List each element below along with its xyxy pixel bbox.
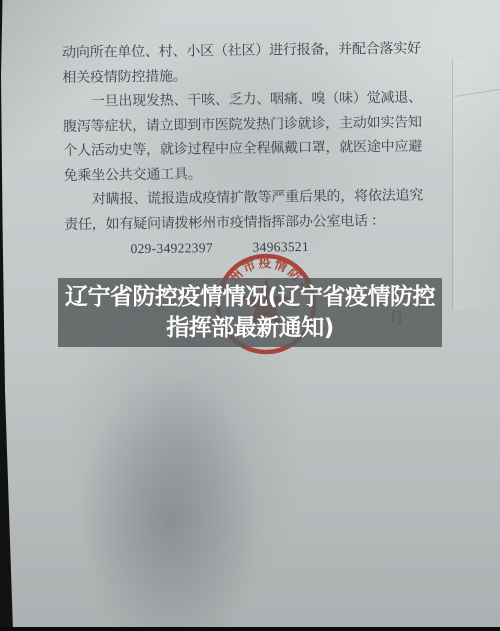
document-line: 个人活动史等，就诊过程中应全程佩戴口罩，就医途中应避: [63, 135, 443, 164]
document-line: 动向所在单位、村、小区（社区）进行报备，并配合落实好: [62, 37, 442, 66]
headline-overlay-banner: 辽宁省防控疫情情况(辽宁省疫情防控 指挥部最新通知): [58, 278, 442, 347]
photo-frame: 动向所在单位、村、小区（社区）进行报备，并配合落实好 相关疫情防控措施。 一旦出…: [0, 0, 500, 631]
paper-crease-line: [452, 60, 500, 310]
phone-number-1: 029-34922397: [130, 240, 213, 256]
headline-line-1: 辽宁省防控疫情情况(辽宁省疫情防控: [65, 282, 435, 313]
document-line: 对瞒报、谎报造成疫情扩散等严重后果的，将依法追究: [64, 184, 444, 213]
headline-line-2: 指挥部最新通知): [166, 313, 334, 344]
photo-bottom-edge: [0, 627, 500, 631]
document-body: 动向所在单位、村、小区（社区）进行报备，并配合落实好 相关疫情防控措施。 一旦出…: [62, 37, 445, 262]
